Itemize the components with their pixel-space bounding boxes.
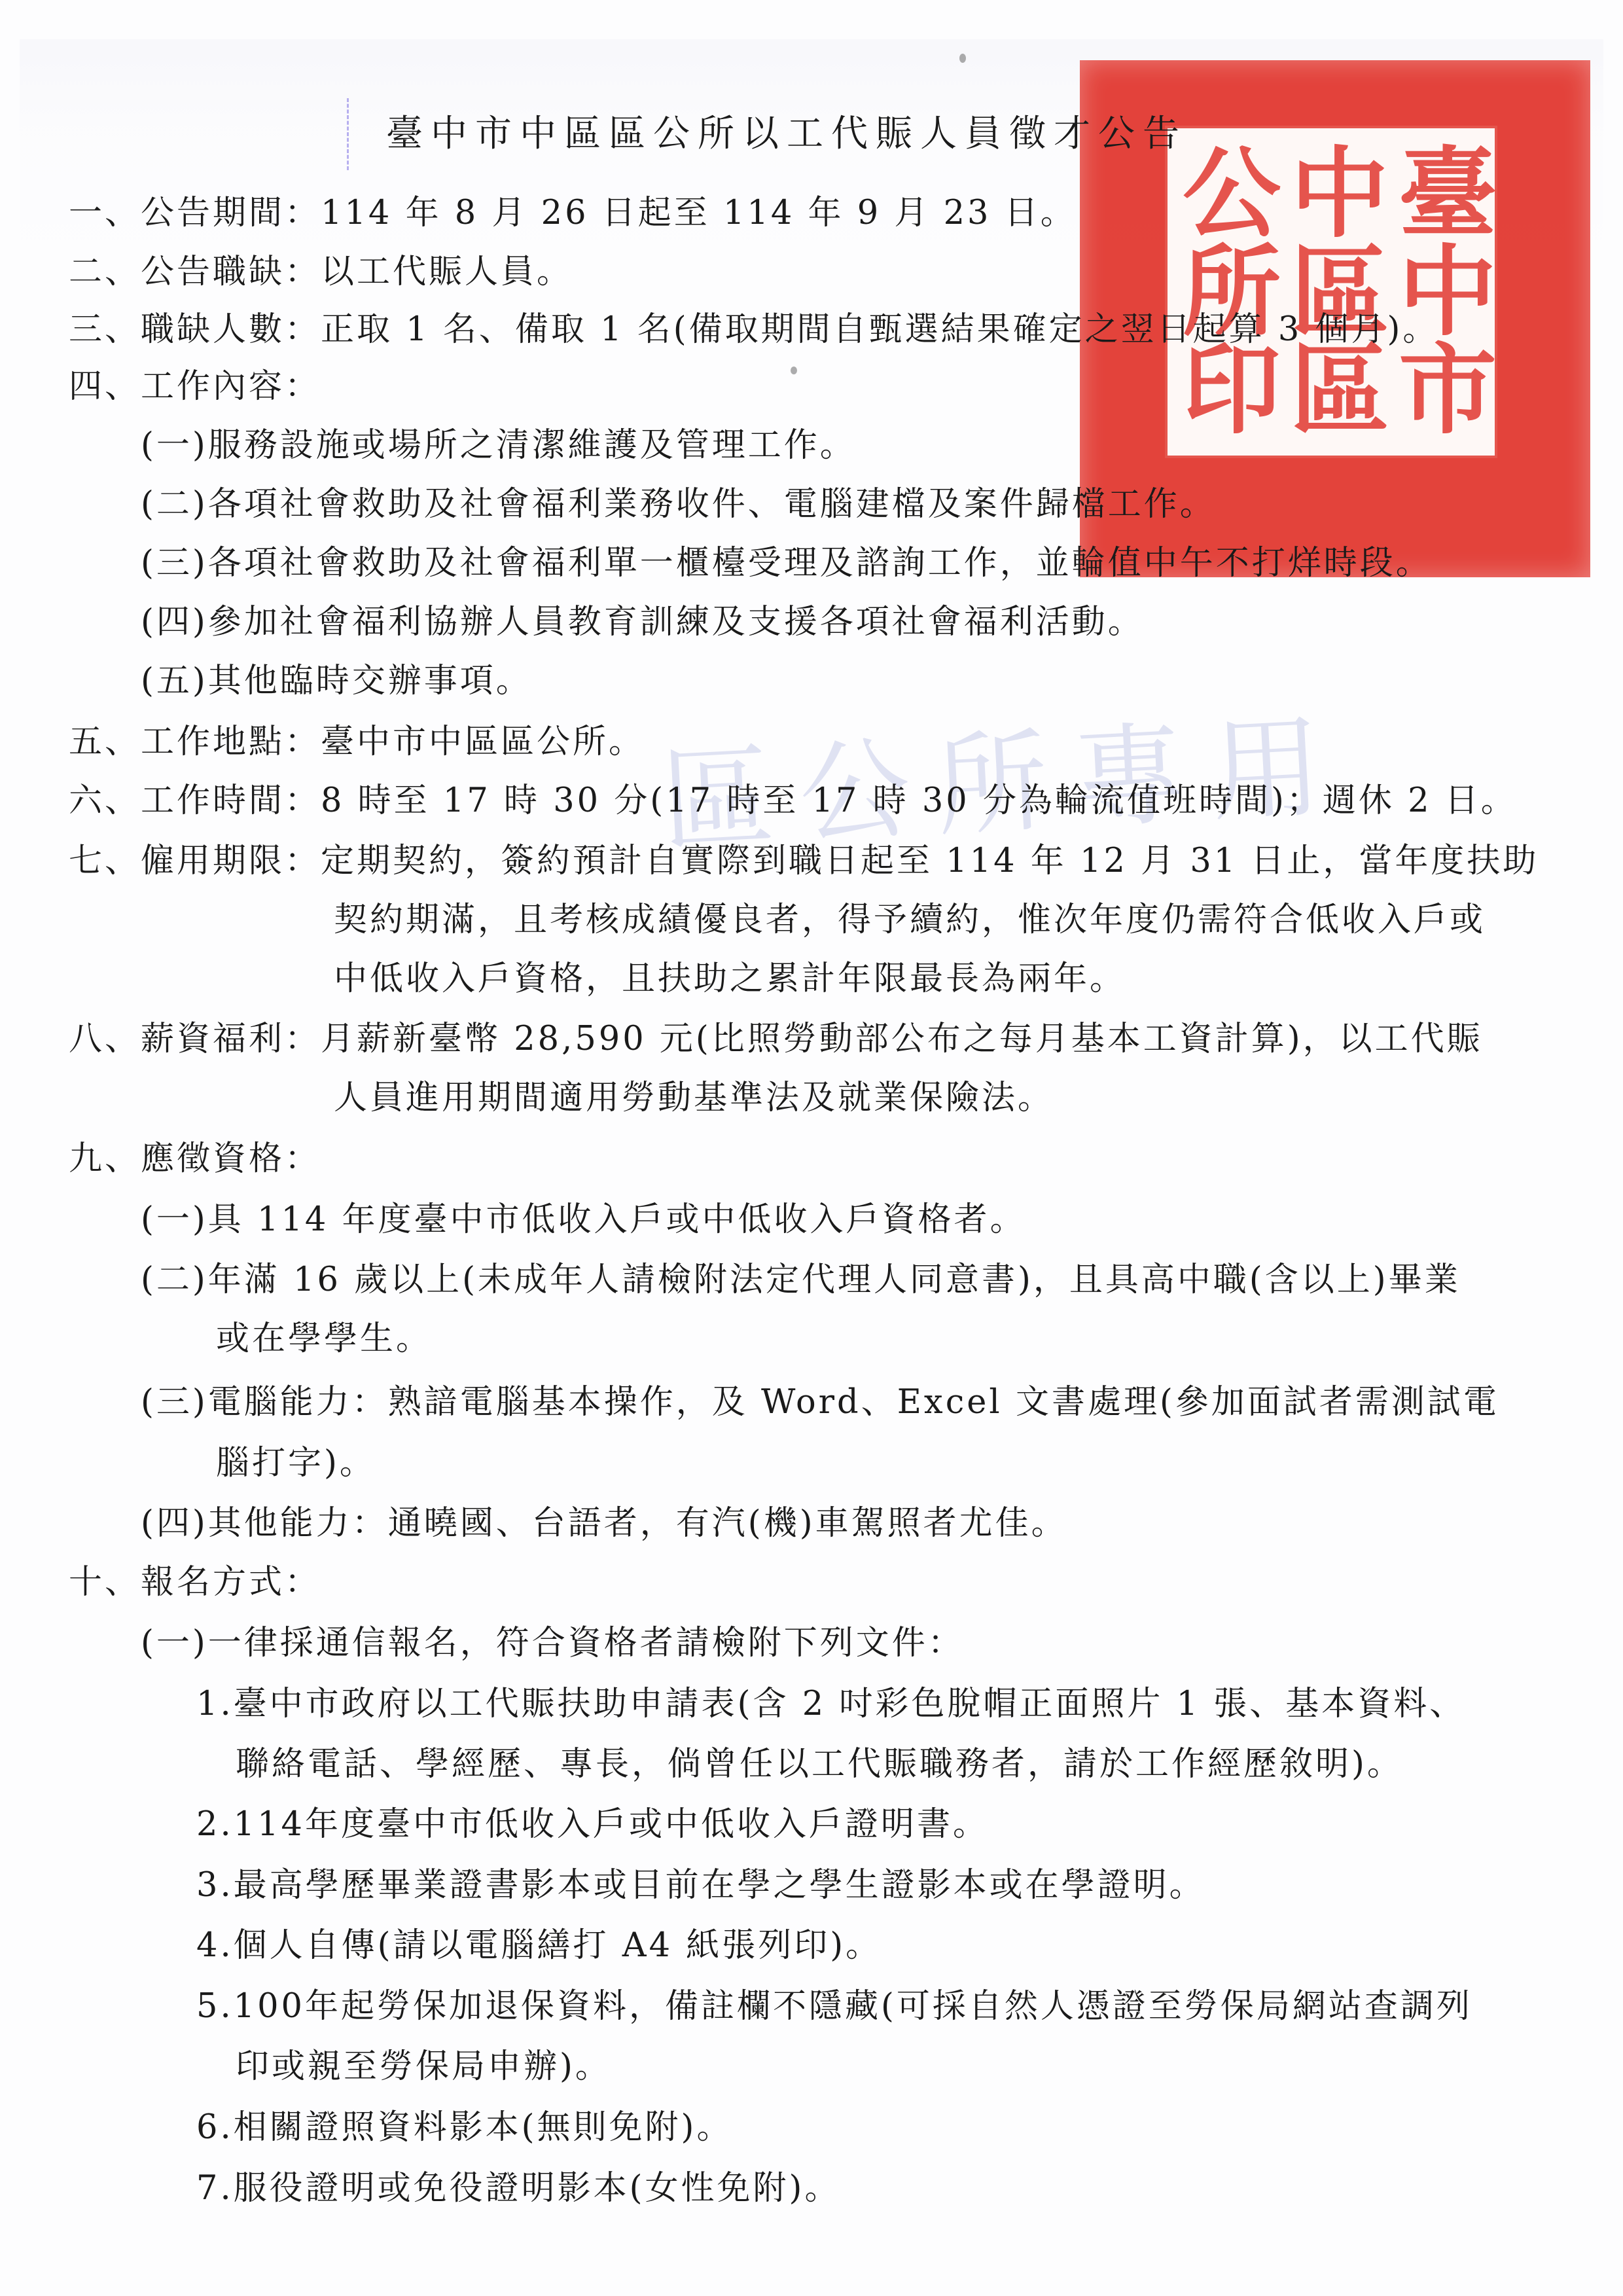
continuation-line: 印或親至勞保局申辦)。 [236, 2050, 611, 2083]
required-document-item: 7.服役證明或免役證明影本(女性免附)。 [196, 2172, 840, 2205]
section-label: 五、工作地點： [69, 725, 321, 759]
seal-column-3: 公所印 [1174, 141, 1272, 436]
required-document-item: 6.相關證照資料影本(無則免附)。 [196, 2111, 732, 2144]
seal-column-1: 臺中市 [1390, 141, 1488, 436]
section-text: 8 時至 17 時 30 分(17 時至 17 時 30 分為輪流值班時間)；週… [321, 781, 1517, 820]
section-label: 三、職缺人數： [69, 313, 321, 346]
continuation-line: 人員進用期間適用勞動基準法及就業保險法。 [334, 1081, 1054, 1115]
binding-mark [347, 98, 354, 170]
required-document-item: 5.100年起勞保加退保資料，備註欄不隱藏(可採自然人憑證至勞保局網站查調列 [196, 1990, 1472, 2023]
document-title: 臺中市中區區公所以工代賑人員徵才公告 [386, 105, 1187, 157]
required-document-item: 4.個人自傳(請以電腦繕打 A4 紙張列印)。 [196, 1929, 882, 1962]
seal-column-2: 中區區 [1282, 141, 1380, 436]
section-text: 以工代賑人員。 [321, 253, 573, 291]
section-text: 114 年 8 月 26 日起至 114 年 9 月 23 日。 [321, 194, 1077, 232]
section-work-location: 五、工作地點：臺中市中區區公所。 [69, 725, 645, 759]
section-text: 月薪新臺幣 28,590 元(比照勞動部公布之每月基本工資計算)，以工代賑 [321, 1020, 1483, 1058]
section-salary: 八、薪資福利：月薪新臺幣 28,590 元(比照勞動部公布之每月基本工資計算)，… [69, 1022, 1483, 1056]
continuation-line: 中低收入戶資格，且扶助之累計年限最長為兩年。 [334, 962, 1126, 996]
continuation-line: 腦打字)。 [216, 1446, 376, 1480]
required-document-item: 2.114年度臺中市低收入戶或中低收入戶證明書。 [196, 1808, 989, 1841]
list-item: (二)各項社會救助及社會福利業務收件、電腦建檔及案件歸檔工作。 [141, 488, 1216, 521]
scan-speck [791, 367, 797, 374]
section-label: 一、公告期間： [69, 196, 321, 230]
section-vacancy: 二、公告職缺：以工代賑人員。 [69, 255, 573, 289]
list-item: (三)各項社會救助及社會福利單一櫃檯受理及諮詢工作，並輪值中午不打烊時段。 [141, 547, 1432, 580]
section-label: 四、工作內容： [69, 370, 321, 403]
section-application-method: 十、報名方式： [69, 1566, 321, 1599]
list-item: (一)一律採通信報名，符合資格者請檢附下列文件： [141, 1626, 964, 1660]
section-label: 九、應徵資格： [69, 1142, 321, 1175]
list-item: (二)年滿 16 歲以上(未成年人請檢附法定代理人同意書)，且具高中職(含以上)… [141, 1263, 1461, 1297]
list-item: (五)其他臨時交辦事項。 [141, 664, 532, 698]
section-qualifications: 九、應徵資格： [69, 1142, 321, 1175]
section-employment-term: 七、僱用期限：定期契約，簽約預計自實際到職日起至 114 年 12 月 31 日… [69, 844, 1539, 878]
required-document-item: 3.最高學歷畢業證書影本或目前在學之學生證影本或在學證明。 [196, 1869, 1205, 1902]
section-text: 臺中市中區區公所。 [321, 723, 645, 761]
section-label: 八、薪資福利： [69, 1022, 321, 1056]
section-label: 十、報名方式： [69, 1566, 321, 1599]
continuation-line: 或在學學生。 [216, 1322, 432, 1355]
section-label: 七、僱用期限： [69, 844, 321, 878]
section-label: 二、公告職缺： [69, 255, 321, 289]
scan-speck [959, 54, 966, 63]
list-item: (三)電腦能力：熟諳電腦基本操作，及 Word、Excel 文書處理(參加面試者… [141, 1386, 1499, 1419]
continuation-line: 契約期滿，且考核成績優良者，得予續約，惟次年度仍需符合低收入戶或 [334, 903, 1486, 937]
section-text: 定期契約，簽約預計自實際到職日起至 114 年 12 月 31 日止，當年度扶助 [321, 842, 1539, 880]
list-item: (一)服務設施或場所之清潔維護及管理工作。 [141, 429, 856, 462]
section-headcount: 三、職缺人數：正取 1 名、備取 1 名(備取期間自甄選結果確定之翌日起算 3 … [69, 313, 1438, 346]
list-item: (四)其他能力：通曉國、台語者，有汽(機)車駕照者尤佳。 [141, 1507, 1067, 1540]
section-work-hours: 六、工作時間：8 時至 17 時 30 分(17 時至 17 時 30 分為輪流… [69, 784, 1517, 817]
list-item: (一)具 114 年度臺中市低收入戶或中低收入戶資格者。 [141, 1203, 1026, 1236]
list-item: (四)參加社會福利協辦人員教育訓練及支援各項社會福利活動。 [141, 605, 1144, 639]
required-document-item: 1.臺中市政府以工代賑扶助申請表(含 2 吋彩色脫帽正面照片 1 張、基本資料、 [196, 1687, 1465, 1721]
section-job-content: 四、工作內容： [69, 370, 321, 403]
section-text: 正取 1 名、備取 1 名(備取期間自甄選結果確定之翌日起算 3 個月)。 [321, 310, 1438, 349]
section-announcement-period: 一、公告期間：114 年 8 月 26 日起至 114 年 9 月 23 日。 [69, 196, 1077, 230]
continuation-line: 聯絡電話、學經歷、專長，倘曾任以工代賑職務者，請於工作經歷敘明)。 [236, 1748, 1403, 1781]
section-label: 六、工作時間： [69, 784, 321, 817]
seal-inner-field: 臺中市 中區區 公所印 [1165, 126, 1497, 458]
